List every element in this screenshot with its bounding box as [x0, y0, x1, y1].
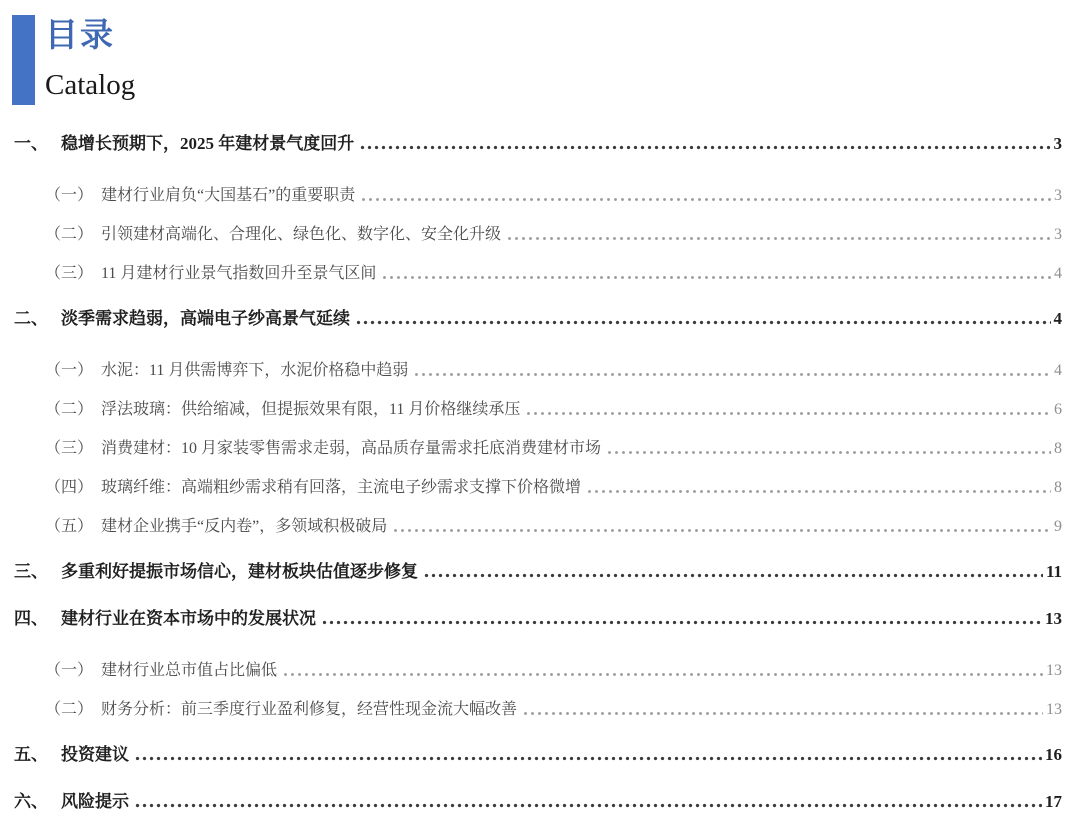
toc-dot-leader: [423, 572, 1043, 579]
toc-entry-number: 二、: [14, 309, 48, 328]
toc-entry-number: （三）: [45, 439, 93, 458]
toc-dot-leader: [360, 196, 1051, 203]
toc-entry-page: 9: [1054, 517, 1062, 536]
toc-dot-leader: [321, 619, 1042, 626]
toc-entry-title: 风险提示: [61, 792, 129, 811]
toc-entry-title: 建材行业在资本市场中的发展状况: [61, 609, 316, 628]
toc-entry-title: 11 月建材行业景气指数回升至景气区间: [101, 264, 376, 283]
toc-entry[interactable]: 四、建材行业在资本市场中的发展状况13: [14, 609, 1062, 628]
toc-dot-leader: [586, 488, 1051, 495]
toc-entry[interactable]: （三）11 月建材行业景气指数回升至景气区间4: [14, 264, 1062, 283]
toc-entry-number: 五、: [14, 745, 48, 764]
toc-entry-number: （四）: [45, 478, 93, 497]
toc-entry-title: 财务分析：前三季度行业盈利修复，经营性现金流大幅改善: [101, 700, 517, 719]
accent-bar: [12, 15, 35, 105]
toc-entry-title: 淡季需求趋弱，高端电子纱高景气延续: [61, 309, 350, 328]
toc-entry-page: 13: [1045, 609, 1062, 628]
toc-entry-title: 引领建材高端化、合理化、绿色化、数字化、安全化升级: [101, 225, 501, 244]
toc-entry-number: 三、: [14, 562, 48, 581]
toc-dot-leader: [359, 144, 1050, 151]
toc-entry[interactable]: （四）玻璃纤维：高端粗纱需求稍有回落，主流电子纱需求支撑下价格微增8: [14, 478, 1062, 497]
table-of-contents: 一、稳增长预期下，2025 年建材景气度回升3（一）建材行业肩负“大国基石”的重…: [12, 134, 1062, 811]
toc-dot-leader: [522, 710, 1043, 717]
toc-entry-number: 四、: [14, 609, 48, 628]
toc-entry-number: （二）: [45, 225, 93, 244]
toc-entry[interactable]: （一）建材行业总市值占比偏低13: [14, 661, 1062, 680]
toc-entry-number: （一）: [45, 186, 93, 205]
toc-entry-page: 4: [1054, 264, 1062, 283]
toc-entry-number: （三）: [45, 264, 93, 283]
toc-entry-page: 13: [1046, 700, 1062, 719]
toc-entry-page: 3: [1054, 134, 1063, 153]
toc-entry-title: 消费建材：10 月家装零售需求走弱，高品质存量需求托底消费建材市场: [101, 439, 601, 458]
toc-entry[interactable]: （一）水泥：11 月供需博弈下，水泥价格稳中趋弱4: [14, 361, 1062, 380]
toc-entry-number: （二）: [45, 400, 93, 419]
catalog-page: 目录 Catalog 一、稳增长预期下，2025 年建材景气度回升3（一）建材行…: [0, 0, 1080, 816]
toc-dot-leader: [413, 371, 1051, 378]
toc-entry-page: 6: [1054, 400, 1062, 419]
page-title-cn: 目录: [45, 16, 135, 56]
toc-entry[interactable]: （二）财务分析：前三季度行业盈利修复，经营性现金流大幅改善13: [14, 700, 1062, 719]
toc-entry-page: 16: [1045, 745, 1062, 764]
toc-entry[interactable]: 三、多重利好提振市场信心，建材板块估值逐步修复11: [14, 562, 1062, 581]
catalog-header: 目录 Catalog: [12, 15, 1062, 105]
toc-entry-title: 稳增长预期下，2025 年建材景气度回升: [61, 134, 354, 153]
toc-entry-title: 浮法玻璃：供给缩减，但提振效果有限，11 月价格继续承压: [101, 400, 520, 419]
toc-entry[interactable]: 六、风险提示17: [14, 792, 1062, 811]
toc-dot-leader: [606, 449, 1051, 456]
toc-entry-title: 玻璃纤维：高端粗纱需求稍有回落，主流电子纱需求支撑下价格微增: [101, 478, 581, 497]
toc-entry-title: 水泥：11 月供需博弈下，水泥价格稳中趋弱: [101, 361, 408, 380]
toc-entry-page: 17: [1045, 792, 1062, 811]
toc-entry-page: 3: [1054, 225, 1062, 244]
toc-entry-page: 8: [1054, 478, 1062, 497]
toc-dot-leader: [381, 274, 1051, 281]
toc-dot-leader: [392, 527, 1051, 534]
toc-entry[interactable]: 二、淡季需求趋弱，高端电子纱高景气延续4: [14, 309, 1062, 328]
toc-entry-title: 建材行业总市值占比偏低: [101, 661, 277, 680]
toc-dot-leader: [506, 235, 1051, 242]
toc-entry[interactable]: 五、投资建议16: [14, 745, 1062, 764]
toc-dot-leader: [134, 802, 1042, 809]
toc-dot-leader: [282, 671, 1043, 678]
toc-dot-leader: [355, 319, 1051, 326]
toc-entry[interactable]: （三）消费建材：10 月家装零售需求走弱，高品质存量需求托底消费建材市场8: [14, 439, 1062, 458]
page-title-en: Catalog: [45, 65, 135, 105]
toc-entry-number: （二）: [45, 700, 93, 719]
header-titles: 目录 Catalog: [45, 15, 135, 105]
toc-entry[interactable]: （一）建材行业肩负“大国基石”的重要职责3: [14, 186, 1062, 205]
toc-entry[interactable]: 一、稳增长预期下，2025 年建材景气度回升3: [14, 134, 1062, 153]
toc-entry-page: 4: [1054, 361, 1062, 380]
toc-entry-number: 六、: [14, 792, 48, 811]
toc-entry-number: （五）: [45, 517, 93, 536]
toc-dot-leader: [525, 410, 1051, 417]
toc-entry[interactable]: （二）浮法玻璃：供给缩减，但提振效果有限，11 月价格继续承压6: [14, 400, 1062, 419]
toc-dot-leader: [134, 755, 1042, 762]
toc-entry-title: 建材行业肩负“大国基石”的重要职责: [101, 186, 355, 205]
toc-entry[interactable]: （五）建材企业携手“反内卷”，多领域积极破局9: [14, 517, 1062, 536]
toc-entry-number: （一）: [45, 661, 93, 680]
toc-entry[interactable]: （二）引领建材高端化、合理化、绿色化、数字化、安全化升级3: [14, 225, 1062, 244]
toc-entry-page: 8: [1054, 439, 1062, 458]
toc-entry-number: （一）: [45, 361, 93, 380]
toc-entry-title: 建材企业携手“反内卷”，多领域积极破局: [101, 517, 387, 536]
toc-entry-title: 多重利好提振市场信心，建材板块估值逐步修复: [61, 562, 418, 581]
toc-entry-page: 3: [1054, 186, 1062, 205]
toc-entry-page: 11: [1046, 562, 1062, 581]
toc-entry-number: 一、: [14, 134, 48, 153]
toc-entry-page: 4: [1054, 309, 1063, 328]
toc-entry-title: 投资建议: [61, 745, 129, 764]
toc-entry-page: 13: [1046, 661, 1062, 680]
